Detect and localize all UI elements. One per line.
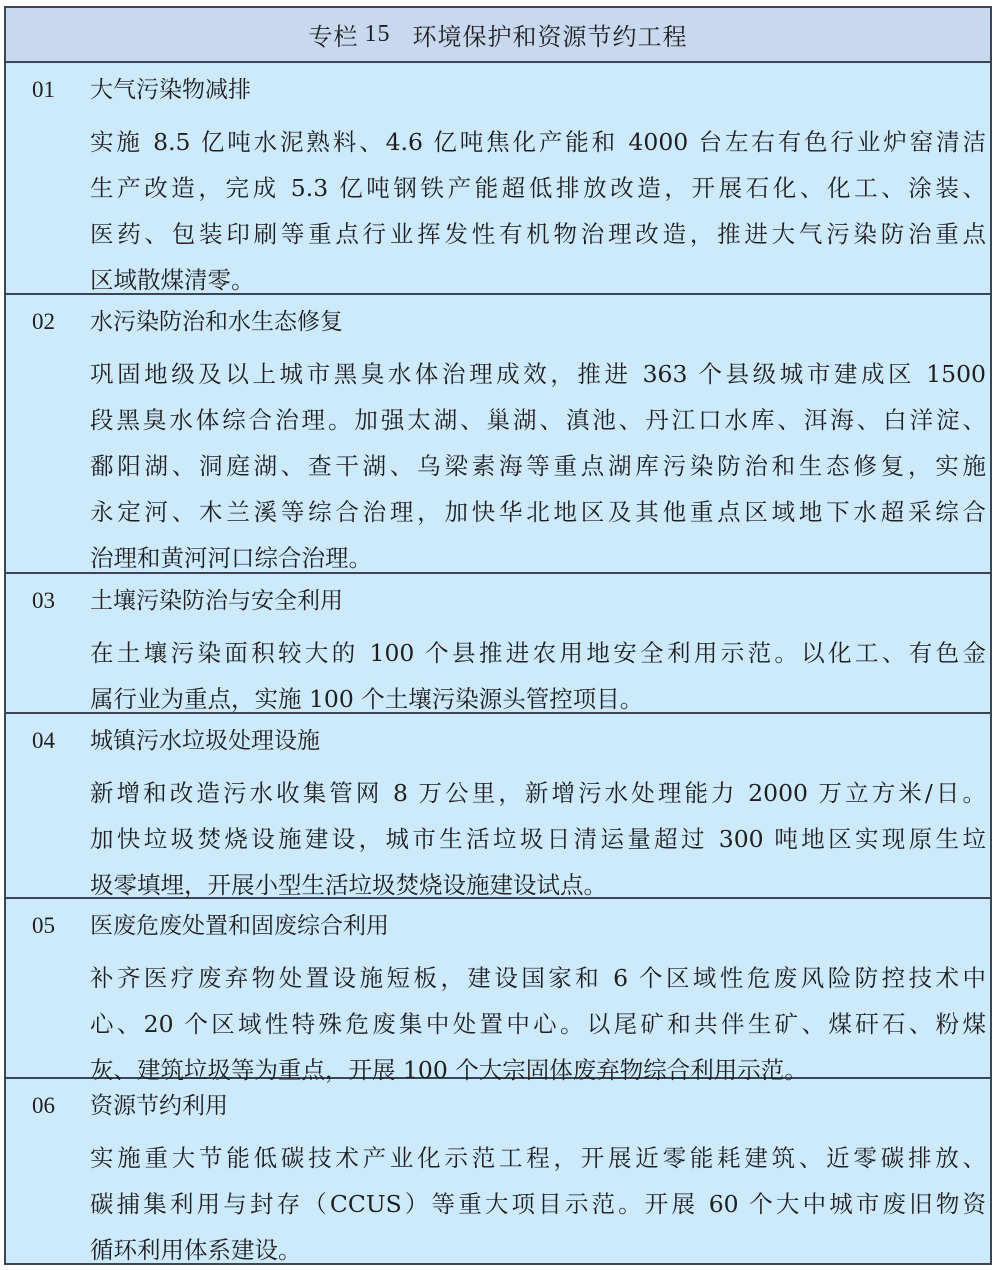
section-number: 01: [32, 75, 90, 105]
section-05: 05医废危废处置和固废综合利用 补齐医疗废弃物处置设施短板，建设国家和 6 个区…: [6, 899, 990, 1079]
section-body: 巩固地级及以上城市黑臭水体治理成效，推进 363 个县级城市建成区 1500 段…: [90, 351, 986, 581]
body-line: 实施 8.5 亿吨水泥熟料、4.6 亿吨焦化产能和 4000 台左右有色行业炉窑…: [90, 119, 986, 165]
column-title: 环境保护和资源节约工程: [413, 17, 688, 52]
section-04: 04城镇污水垃圾处理设施 新增和改造污水收集管网 8 万公里，新增污水处理能力 …: [6, 714, 990, 899]
body-line: 新增和改造污水收集管网 8 万公里，新增污水处理能力 2000 万立方米/日。: [90, 770, 986, 816]
section-body: 实施重大节能低碳技术产业化示范工程，开展近零能耗建筑、近零碳排放、 碳捕集利用与…: [90, 1135, 986, 1270]
column-number: 15: [365, 21, 391, 48]
section-03: 03土壤污染防治与安全利用 在土壤污染面积较大的 100 个县推进农用地安全利用…: [6, 574, 990, 714]
column-header: 专栏 15 环境保护和资源节约工程: [6, 8, 990, 63]
body-line: 碳捕集利用与封存（CCUS）等重大项目示范。开展 60 个大中城市废旧物资: [90, 1181, 986, 1227]
section-06: 06资源节约利用 实施重大节能低碳技术产业化示范工程，开展近零能耗建筑、近零碳排…: [6, 1079, 990, 1263]
section-heading: 02水污染防治和水生态修复: [32, 307, 343, 337]
body-line: 补齐医疗废弃物处置设施短板，建设国家和 6 个区域性危废风险防控技术中: [90, 955, 986, 1001]
section-title: 城镇污水垃圾处理设施: [90, 728, 320, 754]
body-line: 鄱阳湖、洞庭湖、查干湖、乌梁素海等重点湖库污染防治和生态修复，实施: [90, 443, 986, 489]
body-line: 生产改造，完成 5.3 亿吨钢铁产能超低排放改造，开展石化、化工、涂装、: [90, 165, 986, 211]
section-02: 02水污染防治和水生态修复 巩固地级及以上城市黑臭水体治理成效，推进 363 个…: [6, 295, 990, 574]
body-line: 巩固地级及以上城市黑臭水体治理成效，推进 363 个县级城市建成区 1500: [90, 351, 986, 397]
section-heading: 04城镇污水垃圾处理设施: [32, 726, 320, 756]
body-line: 实施重大节能低碳技术产业化示范工程，开展近零能耗建筑、近零碳排放、: [90, 1135, 986, 1181]
body-line: 心、20 个区域性特殊危废集中处置中心。以尾矿和共伴生矿、煤矸石、粉煤: [90, 1001, 986, 1047]
section-number: 03: [32, 586, 90, 616]
section-heading: 05医废危废处置和固废综合利用: [32, 911, 389, 941]
section-number: 05: [32, 911, 90, 941]
body-line: 永定河、木兰溪等综合治理，加快华北地区及其他重点区域地下水超采综合: [90, 489, 986, 535]
section-title: 资源节约利用: [90, 1093, 228, 1119]
section-title: 土壤污染防治与安全利用: [90, 588, 343, 614]
section-title: 大气污染物减排: [90, 77, 251, 103]
column-box: 专栏 15 环境保护和资源节约工程 01大气污染物减排 实施 8.5 亿吨水泥熟…: [4, 6, 992, 1265]
column-prefix: 专栏: [309, 17, 359, 52]
body-line: 医药、包装印刷等重点行业挥发性有机物治理改造，推进大气污染防治重点: [90, 211, 986, 257]
section-number: 04: [32, 726, 90, 756]
body-line: 在土壤污染面积较大的 100 个县推进农用地安全利用示范。以化工、有色金: [90, 630, 986, 676]
body-line: 段黑臭水体综合治理。加强太湖、巢湖、滇池、丹江口水库、洱海、白洋淀、: [90, 397, 986, 443]
section-number: 02: [32, 307, 90, 337]
section-title: 水污染防治和水生态修复: [90, 309, 343, 335]
section-body: 补齐医疗废弃物处置设施短板，建设国家和 6 个区域性危废风险防控技术中 心、20…: [90, 955, 986, 1093]
section-body: 在土壤污染面积较大的 100 个县推进农用地安全利用示范。以化工、有色金 属行业…: [90, 630, 986, 722]
body-line: 加快垃圾焚烧设施建设，城市生活垃圾日清运量超过 300 吨地区实现原生垃: [90, 816, 986, 862]
section-heading: 06资源节约利用: [32, 1091, 228, 1121]
section-body: 实施 8.5 亿吨水泥熟料、4.6 亿吨焦化产能和 4000 台左右有色行业炉窑…: [90, 119, 986, 303]
section-heading: 03土壤污染防治与安全利用: [32, 586, 343, 616]
section-number: 06: [32, 1091, 90, 1121]
section-body: 新增和改造污水收集管网 8 万公里，新增污水处理能力 2000 万立方米/日。 …: [90, 770, 986, 908]
section-01: 01大气污染物减排 实施 8.5 亿吨水泥熟料、4.6 亿吨焦化产能和 4000…: [6, 63, 990, 295]
section-title: 医废危废处置和固废综合利用: [90, 913, 389, 939]
section-heading: 01大气污染物减排: [32, 75, 251, 105]
body-line: 循环利用体系建设。: [90, 1227, 986, 1270]
